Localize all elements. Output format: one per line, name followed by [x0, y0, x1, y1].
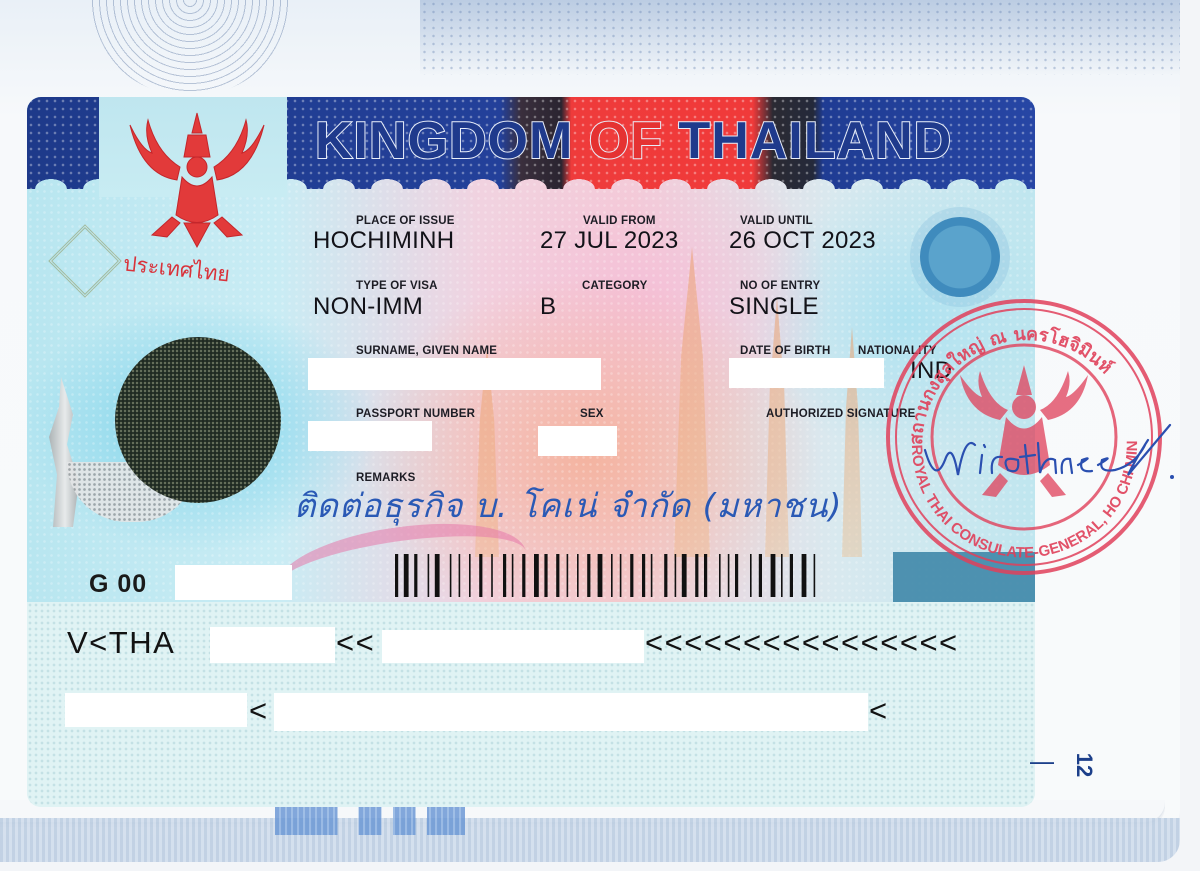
blue-seal-icon — [920, 217, 1000, 297]
category-value: B — [540, 293, 556, 321]
valid-until-value: 26 OCT 2023 — [729, 227, 876, 255]
mrz-redacted — [65, 693, 247, 727]
page-number: 12 — [1071, 753, 1097, 777]
mrz-line2-separator: < — [249, 693, 269, 729]
name-redacted — [308, 358, 601, 390]
remarks-value: ติดต่อธุรกิจ บ. โคเน่ จำกัด (มหาชน) — [294, 479, 842, 532]
guilloche-rosette — [90, 0, 290, 95]
valid-until-label: VALID UNTIL — [740, 215, 813, 227]
valid-from-label: VALID FROM — [583, 215, 656, 227]
no-of-entry-value: SINGLE — [729, 293, 819, 321]
mrz-line2-end: < — [869, 693, 889, 729]
no-of-entry-label: NO OF ENTRY — [740, 280, 820, 292]
type-of-visa-value: NON-IMM — [313, 293, 423, 321]
barcode — [393, 552, 853, 599]
visa-serial: G 00 — [89, 570, 147, 599]
category-label: CATEGORY — [582, 280, 648, 292]
photo-hologram-circle — [115, 337, 281, 503]
place-of-issue-label: PLACE OF ISSUE — [356, 215, 455, 227]
valid-from-value: 27 JUL 2023 — [540, 227, 679, 255]
mrz-redacted — [274, 693, 868, 731]
name-label: SURNAME, GIVEN NAME — [356, 345, 497, 357]
authorized-signature — [920, 415, 1190, 490]
sex-label: SEX — [580, 408, 604, 420]
date-of-birth-redacted — [729, 358, 884, 388]
type-of-visa-label: TYPE OF VISA — [356, 280, 438, 292]
sex-redacted — [538, 426, 617, 456]
mrz-redacted — [382, 630, 644, 663]
guilloche-pattern — [420, 0, 1180, 75]
mrz-line1-prefix: V<THA — [67, 625, 175, 661]
serial-redacted — [175, 565, 292, 600]
mrz-line1-filler: <<<<<<<<<<<<<<<< — [645, 625, 959, 661]
passport-number-label: PASSPORT NUMBER — [356, 408, 475, 420]
garuda-emblem-icon — [122, 105, 272, 265]
mrz-redacted — [210, 627, 335, 663]
page-number-microtext: ▬▬▬▬ — [1030, 760, 1054, 766]
passport-number-redacted — [308, 421, 432, 451]
place-of-issue-value: HOCHIMINH — [313, 227, 454, 255]
date-of-birth-label: DATE OF BIRTH — [740, 345, 831, 357]
mrz-line1-separator: << — [336, 625, 375, 661]
visa-title: KINGDOM OF THAILAND — [315, 111, 952, 171]
passport-cover-edge — [0, 818, 1180, 862]
